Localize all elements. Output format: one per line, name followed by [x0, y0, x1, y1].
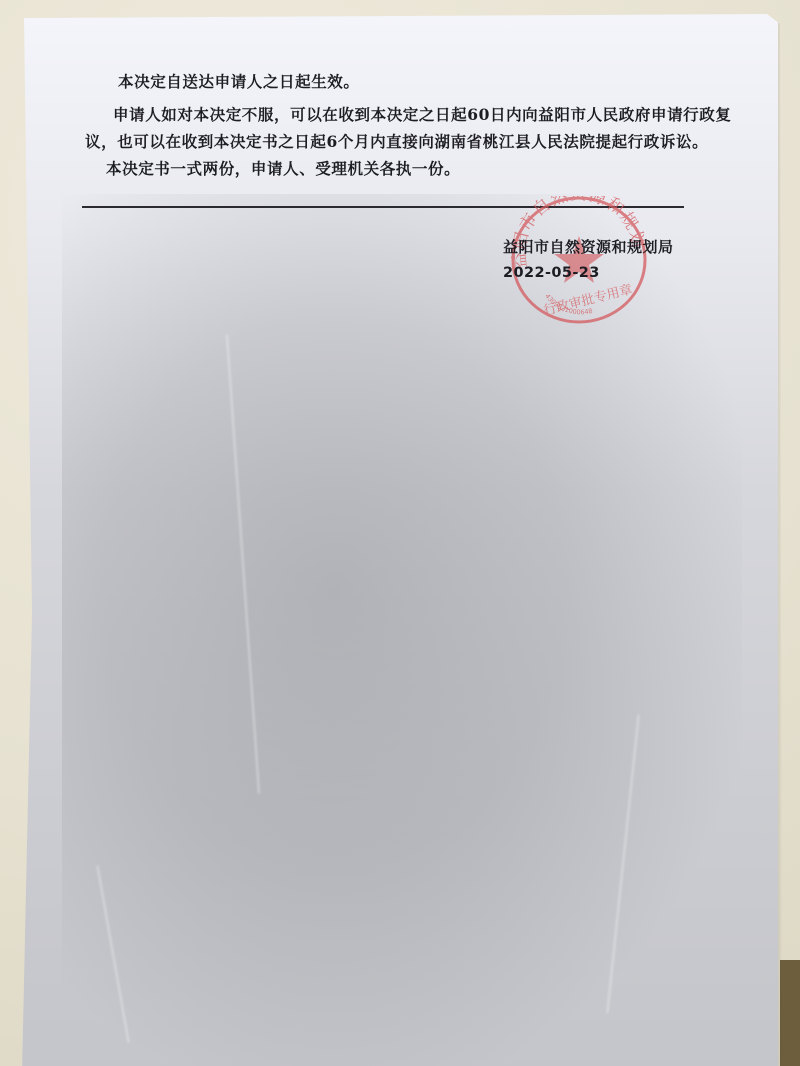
paragraph-effective: 本决定自送达申请人之日起生效。 [118, 74, 360, 90]
paragraph-appeal-line2: 议，也可以在收到本决定书之日起6个月内直接向湖南省桃江县人民法院提起行政诉讼。 [85, 134, 708, 150]
paragraph-appeal-line1: 申请人如对本决定不服，可以在收到本决定之日起60日内向益阳市人民政府申请行政复 [113, 107, 731, 123]
issuer-name: 益阳市自然资源和规划局 [503, 236, 674, 257]
document-text: 本决定自送达申请人之日起生效。 申请人如对本决定不服，可以在收到本决定之日起60… [0, 0, 800, 1066]
official-seal: 益阳市自然资源和规划局 行政审批专用章 4309021000648 [507, 196, 651, 326]
paragraph-copies: 本决定书一式两份，申请人、受理机关各执一份。 [106, 161, 460, 177]
issue-date: 2022-05-23 [503, 265, 600, 281]
